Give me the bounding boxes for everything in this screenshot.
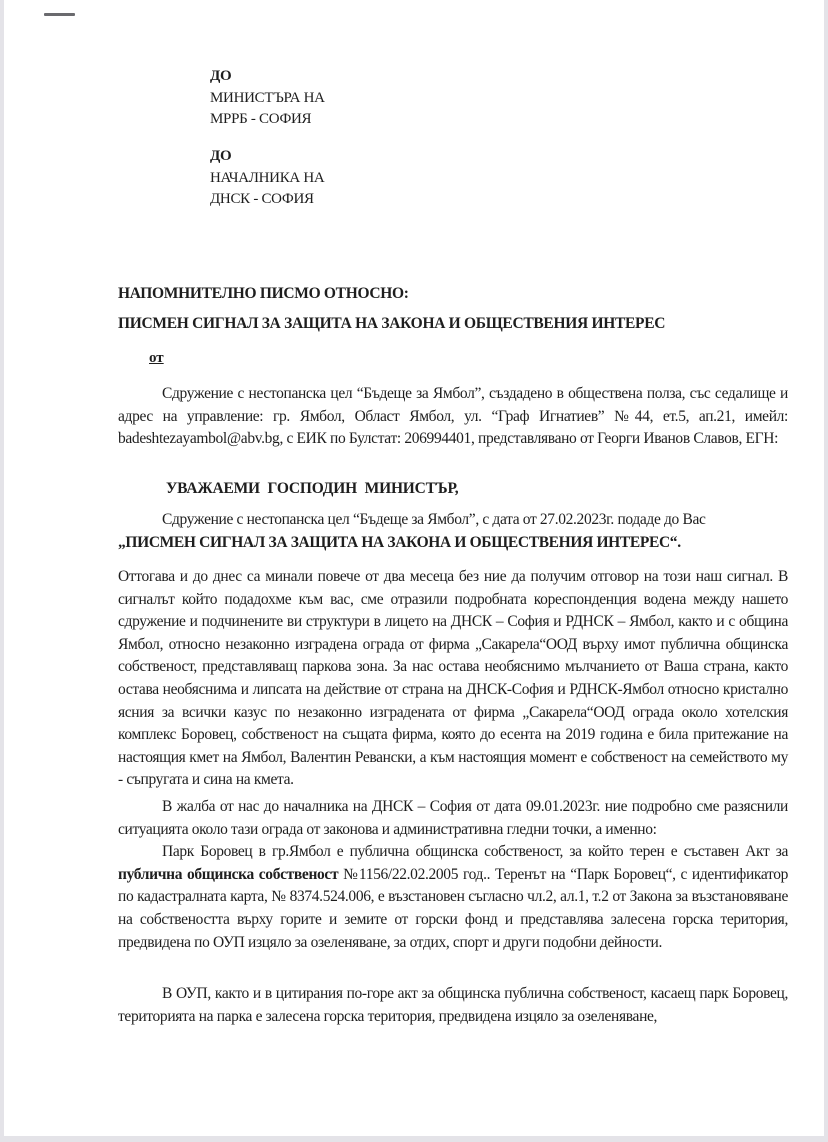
sender-paragraph: Сдружение с нестопанска цел “Бъдеще за Я…: [118, 383, 788, 451]
signal-paragraph: Сдружение с нестопанска цел “Бъдеще за Я…: [118, 509, 788, 554]
addressee-line: МРРБ - СОФИЯ: [210, 109, 325, 131]
addressee-to-label: ДО: [210, 66, 325, 88]
addressee-dnsk: ДО НАЧАЛНИКА НА ДНСК - СОФИЯ: [210, 146, 324, 211]
addressee-line: НАЧАЛНИКА НА: [210, 168, 324, 190]
document-page: ДО МИНИСТЪРА НА МРРБ - СОФИЯ ДО НАЧАЛНИК…: [4, 0, 824, 1136]
addressee-to-label: ДО: [210, 146, 324, 168]
oup-text: В ОУП, както и в цитирания по-горе акт з…: [118, 985, 788, 1025]
addressee-line: ДНСК - СОФИЯ: [210, 189, 324, 211]
addressee-line: МИНИСТЪРА НА: [210, 88, 325, 110]
signal-text: Сдружение с нестопанска цел “Бъдеще за Я…: [162, 511, 706, 528]
body-paragraph-complaint: В жалба от нас до началника на ДНСК – Со…: [118, 796, 788, 954]
signal-title: ПИСМЕН СИГНАЛ ЗА ЗАЩИТА НА ЗАКОНА И ОБЩЕ…: [118, 315, 665, 333]
from-label: от: [149, 350, 164, 367]
body-paragraph-silence: Оттогава и до днес са минали повече от д…: [118, 566, 788, 792]
greeting: УВАЖАЕМИ ГОСПОДИН МИНИСТЪР,: [166, 480, 458, 498]
complaint-intro: В жалба от нас до началника на ДНСК – Со…: [118, 798, 788, 838]
park-text: Парк Боровец в гр.Ямбол е публична общин…: [162, 843, 788, 860]
sender-text: Сдружение с нестопанска цел “Бъдеще за Я…: [118, 385, 788, 447]
addressee-minister: ДО МИНИСТЪРА НА МРРБ - СОФИЯ: [210, 66, 325, 131]
body-paragraph-oup: В ОУП, както и в цитирания по-горе акт з…: [118, 983, 788, 1028]
signal-title-quote: „ПИСМЕН СИГНАЛ ЗА ЗАЩИТА НА ЗАКОНА И ОБЩ…: [118, 534, 681, 551]
park-bold-text: публична общинска собственост: [118, 866, 338, 883]
subject-heading: НАПОМНИТЕЛНО ПИСМО ОТНОСНО:: [118, 285, 409, 303]
scan-mark: [44, 13, 75, 16]
